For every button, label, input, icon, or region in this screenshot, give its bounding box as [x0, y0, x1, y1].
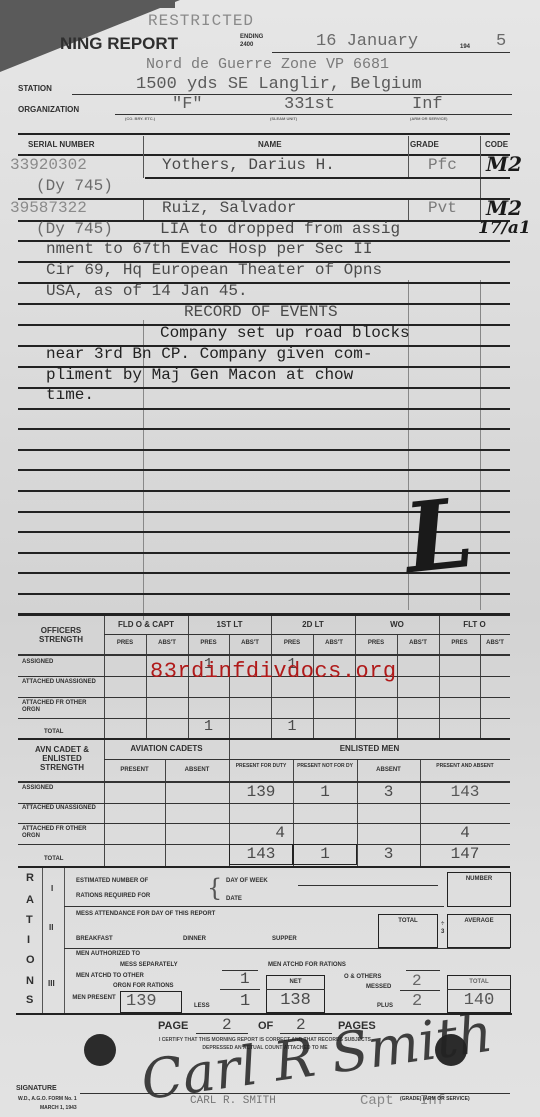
date-underline — [272, 52, 510, 53]
officers-messed-value: 2 — [412, 972, 422, 990]
plus-label: PLUS — [377, 1003, 393, 1009]
handwritten-initial-mark: L — [400, 485, 477, 588]
ration-sec1-label1: ESTIMATED NUMBER OF — [76, 878, 148, 884]
officers-messed-label2: MESSED — [366, 984, 391, 990]
roster-vline — [480, 280, 481, 610]
row1-serial: 33920302 — [10, 156, 87, 174]
auth-label2: MESS SEPARATELY — [120, 962, 178, 968]
day-of-week-line[interactable] — [298, 885, 438, 886]
form-date: MARCH 1, 1943 — [40, 1105, 77, 1111]
station-label: STATION — [18, 84, 52, 93]
row2-grade: Pvt — [428, 199, 457, 217]
row1-name: Yothers, Darius H. — [162, 156, 335, 174]
avn-absent: ABSENT — [165, 767, 229, 773]
officers-top-rule — [18, 613, 510, 616]
mess-total-label: TOTAL — [378, 918, 438, 924]
signer-name: CARL R. SMITH — [190, 1095, 276, 1107]
officers-messed-line — [400, 990, 440, 991]
ofc-sub-pres: PRES — [271, 640, 313, 646]
roster-vline — [143, 136, 144, 178]
enl-attached-fr-total: 4 — [420, 824, 510, 842]
row1-code: M2 — [486, 152, 522, 176]
ofc-sub-abst: ABS'T — [229, 640, 271, 646]
year-suffix: 5 — [496, 32, 506, 51]
ofc-sub-pres: PRES — [439, 640, 480, 646]
ofc-row-total-label: TOTAL — [44, 729, 63, 735]
event-line-1: Company set up road blocks — [160, 324, 410, 342]
ofc-rule — [18, 654, 510, 656]
ofc-rule — [18, 718, 510, 719]
enl-bottom-rule — [18, 866, 510, 868]
ofc-group-wo: WO — [355, 620, 439, 629]
rations-letter: O — [26, 954, 35, 966]
col-code: CODE — [485, 140, 508, 149]
ofc-vline — [146, 635, 147, 738]
handwritten-code-note: 17/a1 — [478, 218, 531, 238]
ration-rule — [64, 948, 510, 949]
ofc-vline — [229, 635, 230, 738]
row1-grade: Pfc — [428, 156, 457, 174]
page-line — [196, 1033, 248, 1034]
row2-serial: 39587322 — [10, 199, 87, 217]
ofc-sub-abst: ABS'T — [146, 640, 188, 646]
event-line-3: pliment by Maj Gen Macon at chow — [46, 366, 353, 384]
row2-note: (Dy 745) — [36, 220, 113, 238]
org-underline — [115, 114, 512, 115]
ration-number-label: NUMBER — [447, 876, 511, 882]
avn-present: PRESENT — [104, 767, 165, 773]
ofc-sub-pres: PRES — [104, 640, 146, 646]
signer-grade: Capt — [360, 1093, 394, 1109]
org-sub-unit: (SLEAM UNIT) — [270, 116, 297, 121]
date-label: DATE — [226, 896, 242, 902]
enl-total-pnfd: 1 — [293, 845, 357, 863]
rations-vline — [64, 868, 65, 1013]
remark-line-4: USA, as of 14 Jan 45. — [46, 282, 248, 300]
less-label: LESS — [194, 1003, 210, 1009]
officers-strength-title: OFFICERS STRENGTH — [22, 626, 100, 644]
mess-average-label: AVERAGE — [447, 918, 511, 924]
ofc-total-1stlt-pres: 1 — [188, 718, 229, 735]
atchd-other-label2: ORGN FOR RATIONS — [113, 983, 174, 989]
rations-vline — [42, 868, 43, 1013]
ofc-sub-abst: ABS'T — [313, 640, 355, 646]
avn-cadets-group: AVIATION CADETS — [104, 744, 229, 753]
brace-icon: { — [207, 874, 222, 902]
report-title: NING REPORT — [60, 34, 178, 54]
enl-row-attached-fr-label: ATTACHED FR OTHER ORGN — [22, 826, 102, 840]
enl-assigned-total: 143 — [420, 783, 510, 801]
morning-report-document: RESTRICTED NING REPORT ENDING 2400 16 Ja… — [0, 0, 540, 1117]
roster-row-rule — [145, 177, 510, 179]
ofc-row-assigned-label: ASSIGNED — [22, 659, 53, 665]
page-value: 2 — [222, 1016, 232, 1034]
enl-total-absent: 3 — [357, 845, 420, 863]
classification-stamp: RESTRICTED — [148, 12, 254, 30]
day-of-week-label: DAY OF WEEK — [226, 878, 268, 884]
report-date: 16 January — [316, 32, 418, 51]
enl-present-not-for-dy: PRESENT NOT FOR DY — [297, 763, 353, 770]
remark-line-1: LIA to dropped from assig — [160, 220, 400, 238]
ofc-bottom-rule — [18, 738, 510, 740]
supper-label: SUPPER — [272, 936, 297, 942]
ofc-sub-abst: ABS'T — [480, 640, 510, 646]
blank-rule — [18, 428, 510, 430]
org-sub-arm: (ARM OR SERVICE) — [410, 116, 447, 121]
enl-row-assigned-label: ASSIGNED — [22, 785, 53, 791]
year-prefix: 194 — [460, 44, 470, 50]
ofc-sub-abst: ABS'T — [397, 640, 439, 646]
men-present-label: MEN PRESENT — [72, 994, 116, 1002]
roster-top-rule — [18, 133, 510, 135]
net-label: NET — [266, 979, 325, 985]
men-present-value: 139 — [126, 992, 157, 1011]
organization-label: ORGANIZATION — [18, 105, 79, 114]
col-name: NAME — [258, 140, 282, 149]
watermark-text: 83rdinfdivdocs.org — [150, 659, 397, 684]
enl-row-total-label: TOTAL — [44, 856, 63, 862]
breakfast-label: BREAKFAST — [76, 936, 113, 942]
ofc-rule — [18, 697, 510, 698]
ration-sec1-label2: RATIONS REQUIRED FOR — [76, 893, 150, 899]
atchd-for-rations-line[interactable] — [406, 970, 440, 971]
rations-total-divider — [447, 989, 511, 990]
roster-vline — [143, 200, 144, 220]
ofc-group-fldo: FLD O & CAPT — [104, 620, 188, 629]
remark-line-3: Cir 69, Hq European Theater of Opns — [46, 261, 382, 279]
rations-letter: T — [26, 914, 33, 926]
plus-value: 2 — [412, 992, 422, 1011]
atchd-for-rations-label: MEN ATCHD FOR RATIONS — [268, 962, 346, 968]
ofc-vline — [313, 635, 314, 738]
atchd-other-value: 1 — [240, 970, 250, 988]
rations-letter: N — [26, 975, 34, 987]
event-line-2: near 3rd Bn CP. Company given com- — [46, 345, 372, 363]
remark-line-2: nment to 67th Evac Hosp per Sec II — [46, 240, 372, 258]
col-serial-number: SERIAL NUMBER — [28, 140, 95, 149]
enl-group-rule — [104, 759, 510, 760]
photo-dark-corner-edge — [0, 0, 175, 8]
enl-total-total: 147 — [420, 845, 510, 863]
blank-rule — [18, 449, 510, 451]
row2-name: Ruiz, Salvador — [162, 199, 296, 217]
net-box-divider — [266, 989, 325, 990]
ofc-row-attached-fr-label: ATTACHED FR OTHER ORGN — [22, 700, 102, 714]
enl-vline — [165, 760, 166, 866]
ofc-total-2dlt-pres: 1 — [271, 718, 313, 735]
ofc-group-1stlt: 1ST LT — [188, 620, 271, 629]
ofc-row-attached-unassigned-label: ATTACHED UNASSIGNED — [22, 679, 102, 686]
ending-label: ENDING 2400 — [240, 33, 270, 49]
officers-messed-label1: O & OTHERS — [344, 974, 381, 980]
enl-assigned-pfd: 139 — [229, 783, 293, 801]
blank-rule — [18, 469, 510, 471]
org-sub-co: (CO. BRY. ETC.) — [125, 116, 155, 121]
org-company: "F" — [172, 95, 203, 114]
roster-vline — [408, 136, 409, 178]
signature-line — [80, 1093, 510, 1094]
ofc-sub-pres: PRES — [188, 640, 229, 646]
rations-letter: S — [26, 994, 33, 1006]
event-line-4: time. — [46, 386, 94, 404]
station-value: 1500 yds SE Langlir, Belgium — [136, 75, 422, 94]
ration-rule — [64, 906, 444, 907]
enl-total-pfd: 143 — [229, 845, 293, 863]
row1-note: (Dy 745) — [36, 177, 113, 195]
rations-letter: I — [27, 934, 30, 946]
ration-sec3-num: III — [48, 979, 55, 988]
rations-letter: A — [26, 894, 34, 906]
events-rule — [18, 408, 510, 410]
mess-attendance-label: MESS ATTENDANCE FOR DAY OF THIS REPORT — [76, 911, 215, 917]
org-arm: Inf — [412, 95, 443, 114]
rations-total-label: TOTAL — [447, 979, 511, 985]
ofc-vline — [397, 635, 398, 738]
ofc-group-2dlt: 2D LT — [271, 620, 355, 629]
enl-present-for-duty: PRESENT FOR DUTY — [233, 763, 289, 770]
ration-sec1-num: I — [51, 884, 53, 893]
binder-hole-left — [84, 1034, 116, 1066]
enl-attached-fr-pfd: 4 — [229, 824, 293, 842]
ofc-group-flto: FLT O — [439, 620, 510, 629]
ofc-vline — [480, 635, 481, 738]
col-grade: GRADE — [410, 140, 439, 149]
enlisted-strength-title: AVN CADET & ENLISTED STRENGTH — [22, 745, 102, 772]
enl-absent: ABSENT — [357, 767, 420, 773]
row2-code: M2 — [486, 196, 522, 220]
atchd-other-line — [220, 989, 260, 990]
ration-sec2-num: II — [49, 923, 53, 932]
enl-assigned-pnfd: 1 — [293, 783, 357, 801]
location-line: Nord de Guerre Zone VP 6681 — [146, 56, 389, 73]
atchd-other-label1: MEN ATCHD TO OTHER — [76, 973, 144, 979]
form-label: W.D., A.G.O. FORM No. 1 — [18, 1096, 77, 1102]
blank-rule — [18, 593, 510, 595]
enl-assigned-absent: 3 — [357, 783, 420, 801]
enl-rule — [18, 803, 510, 804]
org-unit: 331st — [284, 95, 335, 114]
net-value: 138 — [266, 991, 325, 1010]
rations-letter: R — [26, 872, 34, 884]
dinner-label: DINNER — [183, 936, 206, 942]
auth-label1: MEN AUTHORIZED TO — [76, 951, 140, 957]
roster-vline — [408, 200, 409, 220]
record-of-events-title: RECORD OF EVENTS — [184, 303, 338, 321]
signer-sub-label: (GRADE) (ARM OR SERVICE) — [400, 1096, 470, 1102]
enl-row-attached-unassigned-label: ATTACHED UNASSIGNED — [22, 805, 102, 812]
page-label: PAGE — [158, 1020, 188, 1032]
enl-present-and-absent: PRESENT AND ABSENT — [424, 763, 506, 770]
signature-label: SIGNATURE — [16, 1085, 57, 1092]
less-value: 1 — [240, 992, 250, 1011]
ofc-sub-pres: PRES — [355, 640, 397, 646]
enlisted-men-group: ENLISTED MEN — [229, 744, 510, 753]
ofc-group-rule — [104, 634, 510, 635]
